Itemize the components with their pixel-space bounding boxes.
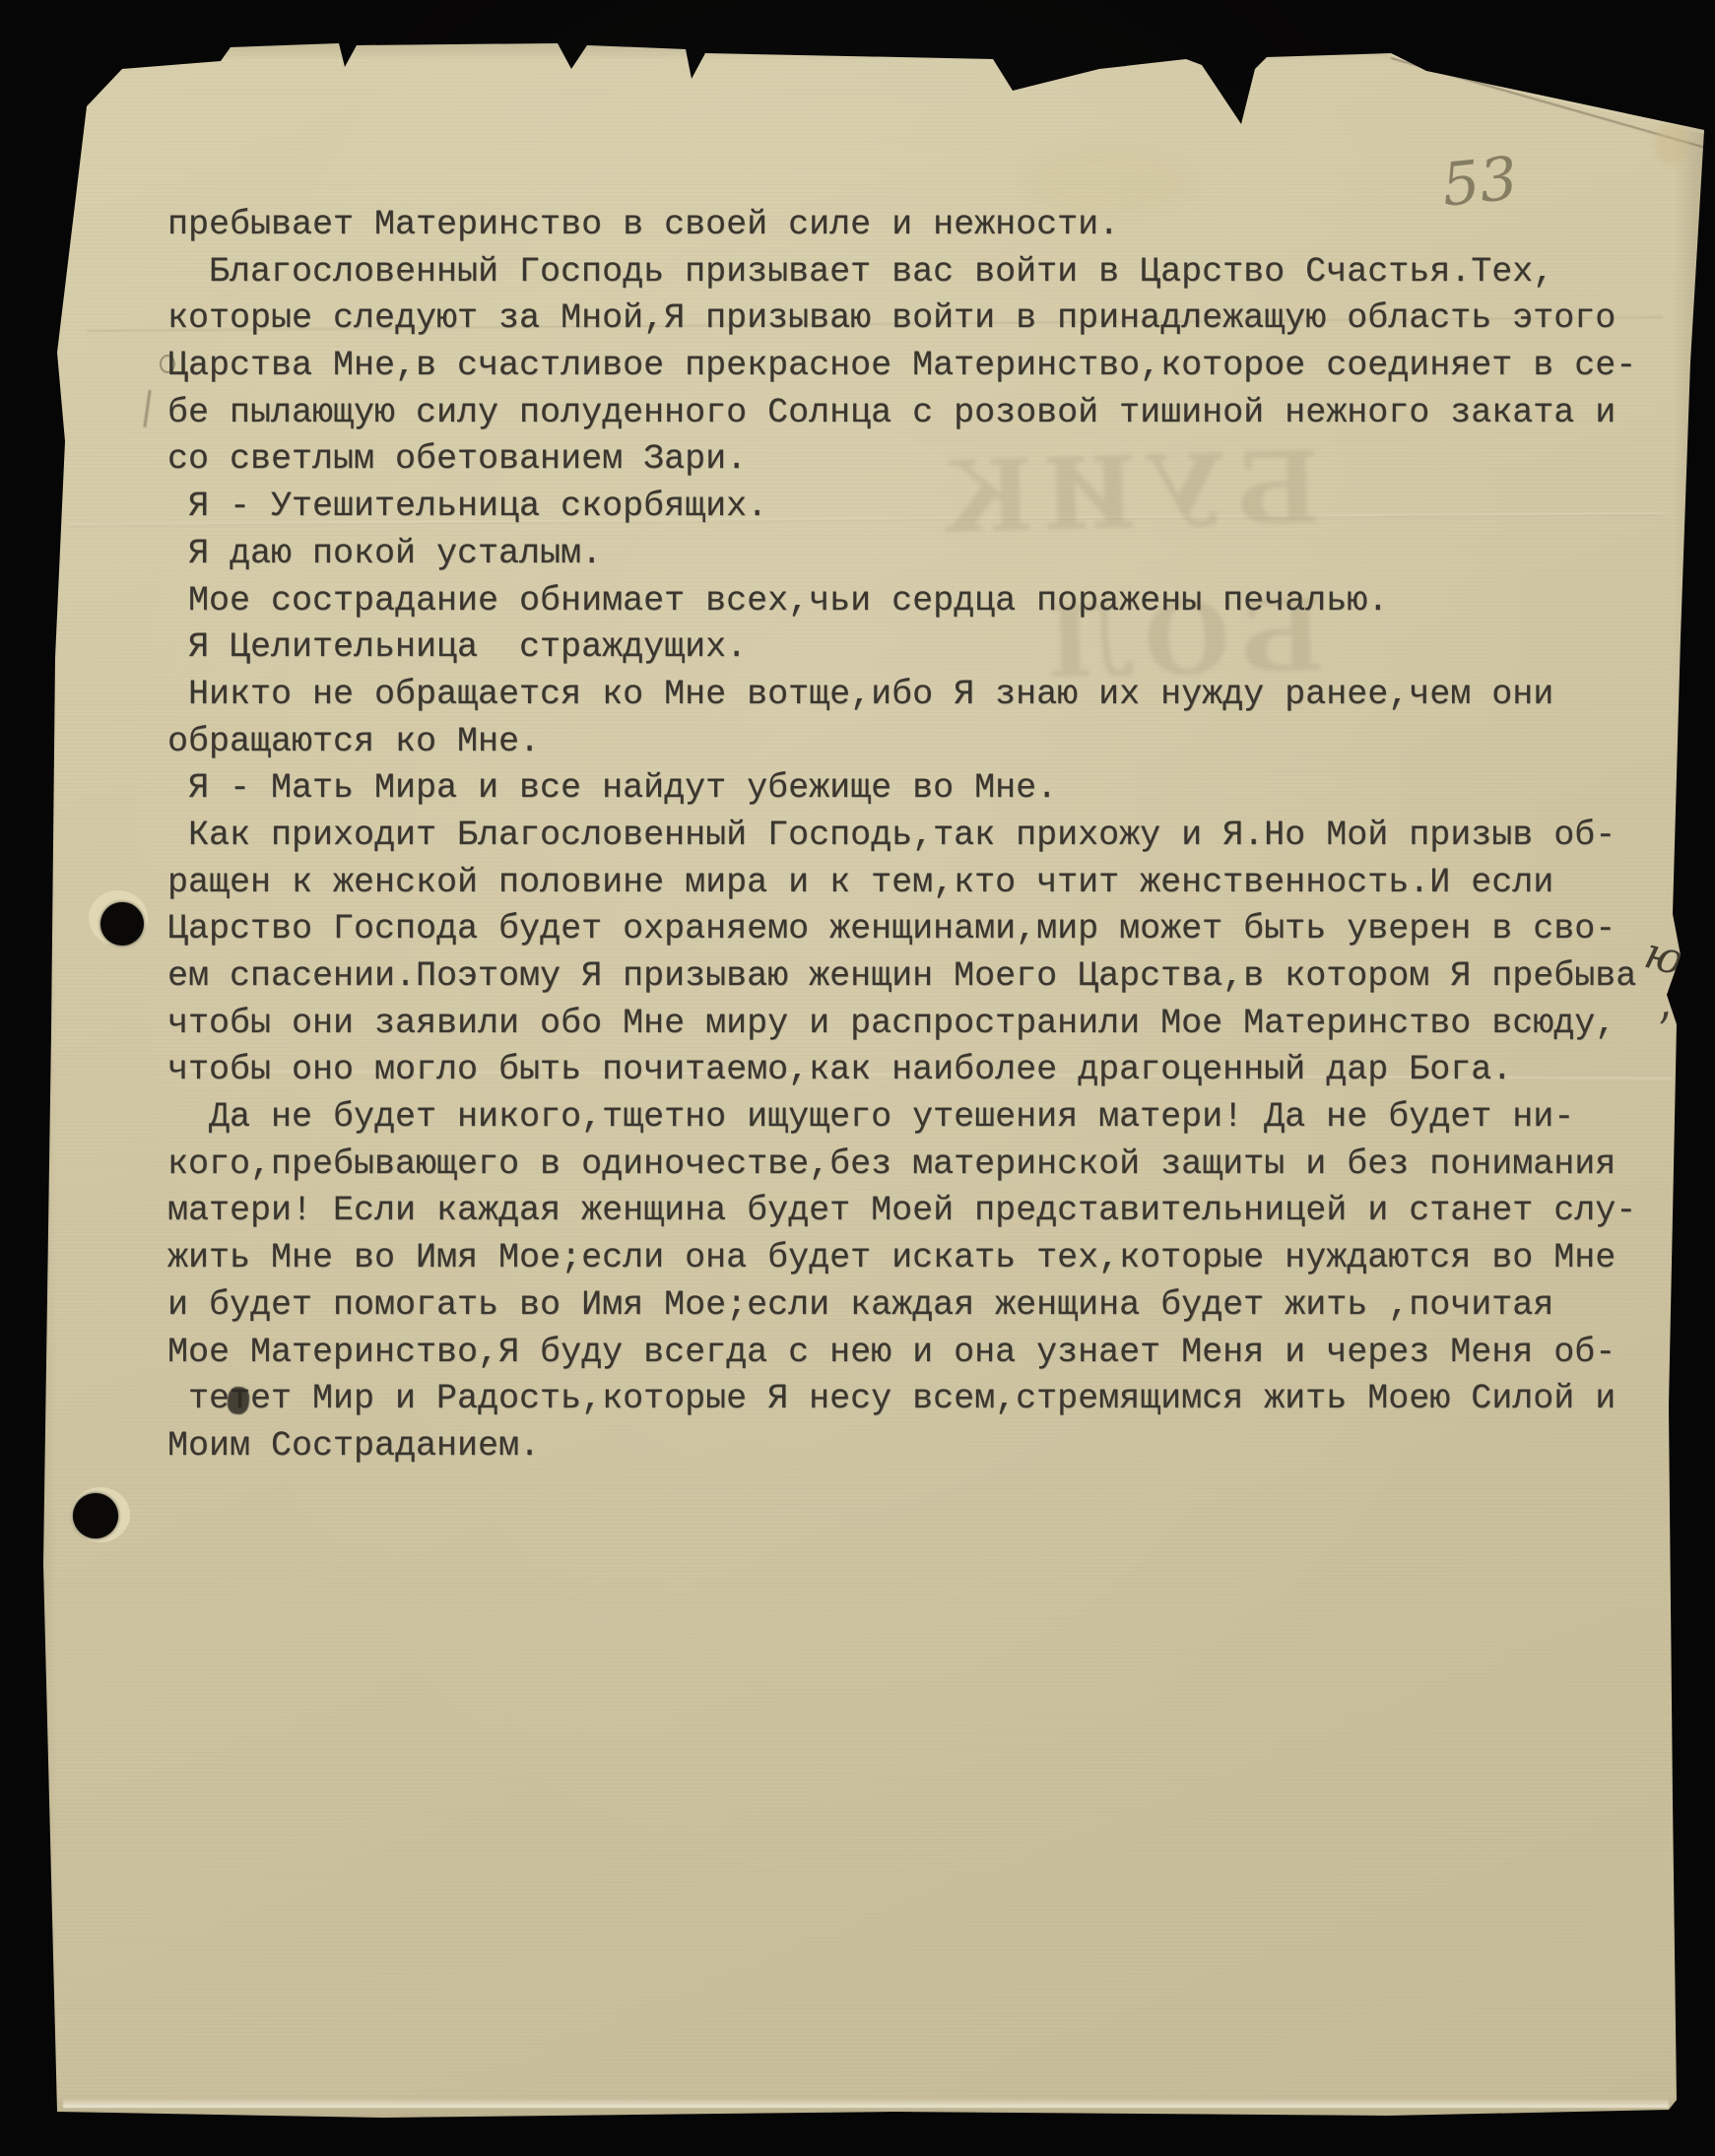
text-line: Я - Мать Мира и все найдут убежище во Мн… bbox=[167, 765, 1704, 813]
text-line: Мое сострадание обнимает всех,чьи сердца… bbox=[167, 578, 1704, 625]
corner-fold bbox=[1389, 43, 1706, 152]
text-line: Царства Мне,в счастливое прекрасное Мате… bbox=[167, 343, 1704, 390]
text-line: которые следуют за Мной,Я призываю войти… bbox=[167, 295, 1704, 343]
text-line: Я - Утешительница скорбящих. bbox=[167, 484, 1704, 531]
text-line: жить Мне во Имя Мое;если она будет искат… bbox=[167, 1235, 1704, 1282]
text-line: Мое Материнство,Я буду всегда с нею и он… bbox=[167, 1330, 1704, 1377]
text-line: Я Целительница страждущих. bbox=[167, 624, 1704, 672]
text-line: обращаются ко Мне. bbox=[167, 719, 1704, 766]
text-line: Моим Состраданием. bbox=[167, 1423, 1704, 1470]
paper-sheet: БУИК БОЛ 53 пребывает Материнство в свое… bbox=[28, 28, 1706, 2120]
text-line: чтобы оно могло быть почитаемо,как наибо… bbox=[167, 1047, 1704, 1094]
stain bbox=[1204, 43, 1221, 55]
text-line: Как приходит Благословенный Господь,так … bbox=[167, 813, 1704, 860]
punch-hole-top bbox=[100, 902, 144, 946]
stain bbox=[1655, 122, 1688, 165]
text-line: ращен к женской половине мира и к тем,кт… bbox=[167, 860, 1704, 907]
scan-background: БУИК БОЛ 53 пребывает Материнство в свое… bbox=[0, 0, 1715, 2156]
typewritten-text: пребывает Материнство в своей силе и неж… bbox=[167, 202, 1704, 1470]
text-line: матери! Если каждая женщина будет Моей п… bbox=[167, 1188, 1704, 1235]
text-line: Царство Господа будет охраняемо женщинам… bbox=[167, 906, 1704, 953]
stain bbox=[49, 552, 59, 565]
text-line: Благословенный Господь призывает вас вой… bbox=[167, 249, 1704, 296]
deckle-edge bbox=[63, 2098, 1669, 2108]
text-line: Да не будет никого,тщетно ищущего утешен… bbox=[167, 1094, 1704, 1142]
text-line: Никто не обращается ко Мне вотще,ибо Я з… bbox=[167, 672, 1704, 719]
text-line: ем спасении.Поэтому Я призываю женщин Мо… bbox=[167, 953, 1704, 1001]
text-line: кого,пребывающего в одиночестве,без мате… bbox=[167, 1142, 1704, 1189]
text-line: тетет Мир и Радость,которые Я несу всем,… bbox=[167, 1376, 1704, 1423]
text-line: пребывает Материнство в своей силе и неж… bbox=[167, 202, 1704, 249]
text-line: чтобы они заявили обо Мне миру и распрос… bbox=[167, 1001, 1704, 1048]
pencil-mark bbox=[143, 390, 151, 427]
text-line: Я даю покой усталым. bbox=[167, 531, 1704, 578]
punch-hole-bottom bbox=[73, 1493, 118, 1538]
text-line: и будет помогать во Имя Мое;если каждая … bbox=[167, 1282, 1704, 1330]
text-line: бе пылающую силу полуденного Солнца с ро… bbox=[167, 390, 1704, 437]
text-line: со светлым обетованием Зари. bbox=[167, 436, 1704, 484]
fold-line bbox=[1391, 57, 1706, 149]
